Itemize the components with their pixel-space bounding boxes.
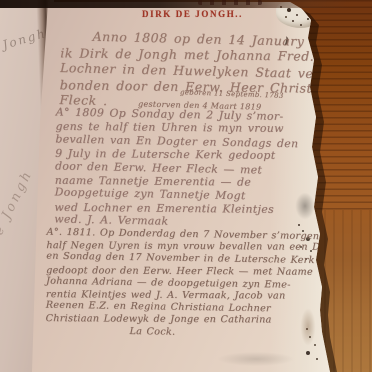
top-edge-shadow [0, 0, 352, 8]
cut-off-marks [198, 0, 262, 5]
faint-scribble-side: de Jongh [0, 167, 36, 248]
register-page: DIRK DE JONGH.. Anno 1808 op den 14 Janu… [30, 2, 336, 372]
page-title: DIRK DE JONGH.. [142, 9, 243, 19]
photo-of-register-page: Jongh de Jongh DIRK DE JONGH.. Anno 1808… [0, 0, 372, 372]
stain [208, 350, 304, 368]
register-entry-1809-baptism: A° 1809 Op Sonday den 2 July s’mor- gens… [54, 106, 318, 230]
register-entry-1811-baptism: A°. 1811. Op Donderdag den 7 November s’… [45, 227, 338, 340]
